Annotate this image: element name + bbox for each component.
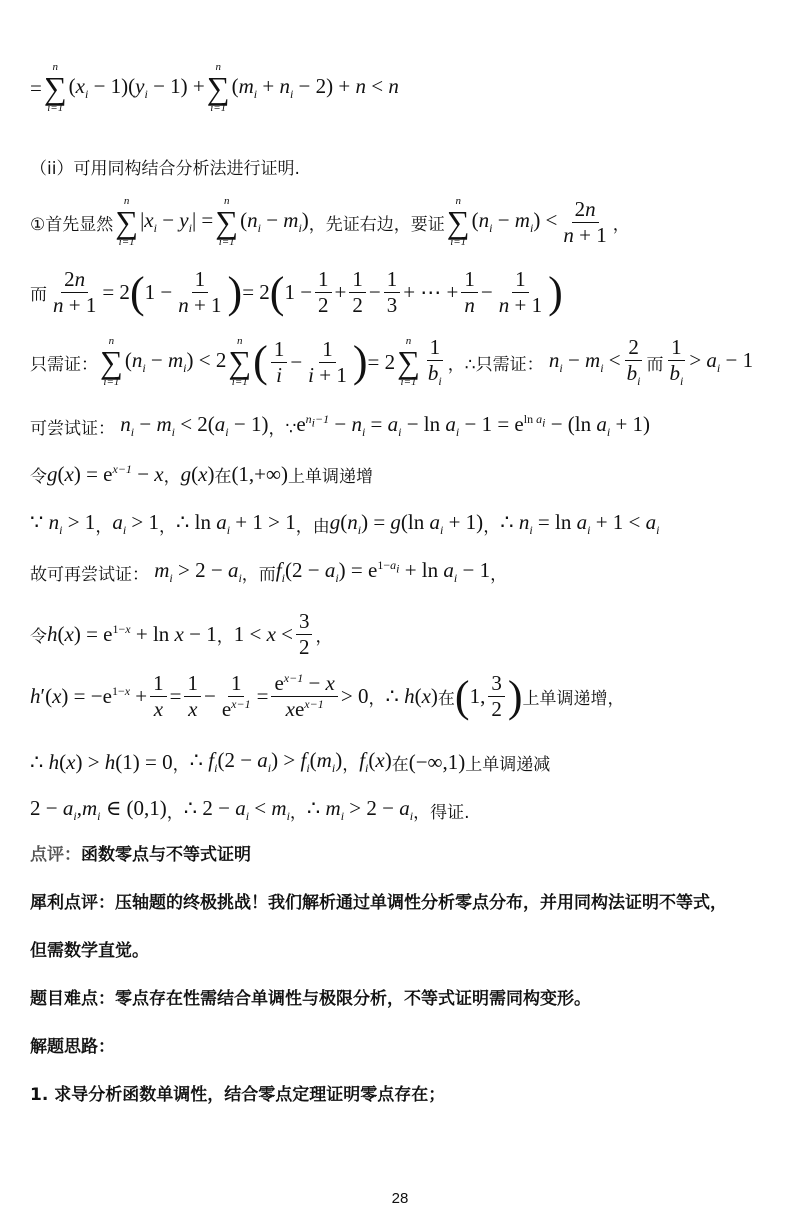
sum-symbol: n∑i=1 xyxy=(115,196,138,248)
try-prove-line: 可尝试证： ni − mi < 2(ai − 1) ，∵ eni−1 − ni … xyxy=(30,412,650,440)
final-line: 2 − ai,mi ∈ (0,1)， ∴ 2 − ai < mi， ∴ mi >… xyxy=(30,796,469,824)
comment-label: 点评： xyxy=(30,840,81,865)
need-prove-line: 只需证： n∑i=1 (ni − mi) < 2 n∑i=1 ( 1i− 1i … xyxy=(30,336,753,388)
sum-symbol: n∑i=1 xyxy=(447,196,470,248)
because-n-line: ∵ ni > 1， ai > 1， ∴ ln ai + 1 > 1， 由 g(n… xyxy=(30,510,659,538)
h-derivative-line: h′(x) = −e1−x + 1x= 1x− 1ex−1= ex−1 − xx… xyxy=(30,672,624,721)
sum-symbol: n∑i=1 xyxy=(207,62,230,114)
sum-symbol: n∑i=1 xyxy=(228,336,251,388)
sum-symbol: n∑i=1 xyxy=(100,336,123,388)
approach-item-1: 1. 求导分析函数单调性，结合零点定理证明零点存在； xyxy=(30,1080,445,1105)
sum-symbol: n∑i=1 xyxy=(397,336,420,388)
comment-text: 函数零点与不等式证明 xyxy=(81,840,251,865)
sum-symbol: n∑i=1 xyxy=(215,196,238,248)
try-again-line: 故可再尝试证： mi > 2 − ai ，而 fi(2 − ai) = e1−a… xyxy=(30,558,507,586)
sharp-comment-line2: 但需数学直觉。 xyxy=(30,936,149,961)
equation-sum-result: = n∑i=1 (xi − 1)(yi − 1) + n∑i=1 (mi + n… xyxy=(30,62,399,114)
comment-line: 点评： 函数零点与不等式证明 xyxy=(30,840,251,865)
part-ii-heading: （ii）可用同构结合分析法进行证明. xyxy=(30,154,300,179)
telescoping-line: 而 2nn + 1 = 2( 1 − 1n + 1 )= 2( 1 − 12+ … xyxy=(30,268,563,317)
step1-line: ①首先显然 n∑i=1 |xi − yi| = n∑i=1 (ni − mi) … xyxy=(30,196,630,248)
difficulty-line: 题目难点：零点存在性需结合单调性与极限分析，不等式证明需同构变形。 xyxy=(30,984,591,1009)
define-g-line: 令 g(x) = ex−1 − x ， g(x) 在 (1,+∞) 上单调递增 xyxy=(30,462,373,487)
define-h-line: 令 h(x) = e1−x + ln x − 1 ， 1 < x < 32 ， xyxy=(30,610,332,659)
h-conclusion-line: ∴ h(x) > h(1) = 0， ∴ fi(2 − ai) > fi(mi)… xyxy=(30,748,550,776)
sum-symbol: n∑i=1 xyxy=(44,62,67,114)
page-number: 28 xyxy=(0,1190,800,1207)
sharp-comment-line1: 犀利点评：压轴题的终极挑战！我们解析通过单调性分析零点分布，并用同构法证明不等式… xyxy=(30,888,727,913)
approach-title: 解题思路： xyxy=(30,1032,115,1057)
